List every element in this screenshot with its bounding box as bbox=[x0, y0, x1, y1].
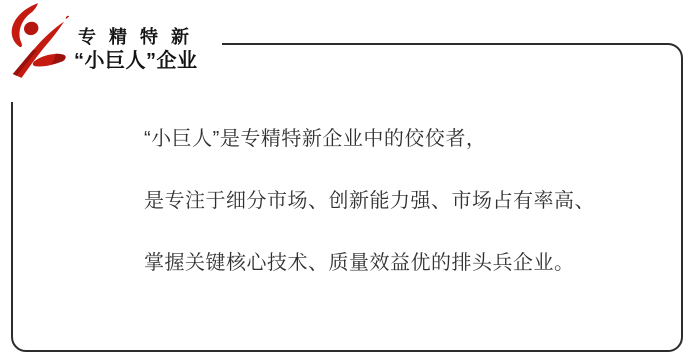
description-line-2: 是专注于细分市场、创新能力强、市场占有率高、 bbox=[144, 170, 595, 232]
promo-graphic: 专精特新 “小巨人”企业 “小巨人”是专精特新企业中的佼佼者， 是专注于细分市场… bbox=[0, 0, 689, 363]
logo-block: 专精特新 “小巨人”企业 bbox=[0, 0, 222, 102]
logo-title-line1: 专精特新 bbox=[78, 28, 202, 46]
description-line-3: 掌握关键核心技术、质量效益优的排头兵企业。 bbox=[144, 232, 595, 294]
description-line-1: “小巨人”是专精特新企业中的佼佼者， bbox=[144, 108, 595, 170]
logo-title-line2: “小巨人”企业 bbox=[74, 51, 198, 71]
little-giant-logo-icon bbox=[7, 3, 69, 81]
description-text: “小巨人”是专精特新企业中的佼佼者， 是专注于细分市场、创新能力强、市场占有率高… bbox=[144, 108, 595, 294]
